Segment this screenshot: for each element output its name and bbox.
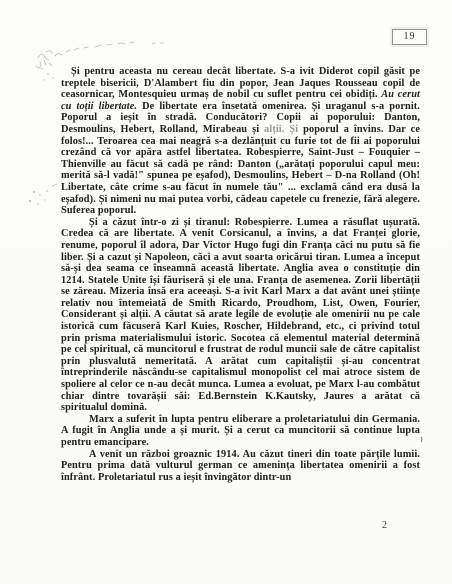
footer-page-number: 2 [382, 520, 387, 531]
paragraph: A venit un război groaznic 1914. Au căzu… [61, 449, 420, 484]
text-segment: A venit un război groaznic 1914. Au căzu… [61, 449, 420, 483]
text-segment: Și a căzut într-o zi și tiranul: Robespi… [61, 217, 420, 414]
paragraph: Și pentru aceasta nu cereau decât libert… [61, 66, 420, 217]
header-page-number-box: 19 [392, 29, 427, 45]
header-page-number: 19 [404, 31, 416, 42]
text-segment: poporul a învins. Dar ce folos!... Teroa… [61, 124, 420, 216]
text-segment: Marx a suferit în lupta pentru eliberare… [61, 414, 420, 448]
text-segment: Și pentru aceasta nu cereau decât libert… [61, 66, 420, 100]
scanned-page: 19 Și pentru aceasta nu cereau decât lib… [0, 0, 452, 584]
body-text: Și pentru aceasta nu cereau decât libert… [61, 66, 420, 483]
paragraph: Marx a suferit în lupta pentru eliberare… [61, 414, 420, 449]
paragraph: Și a căzut într-o zi și tiranul: Robespi… [61, 217, 420, 414]
text-segment: alții. Și [264, 124, 298, 135]
